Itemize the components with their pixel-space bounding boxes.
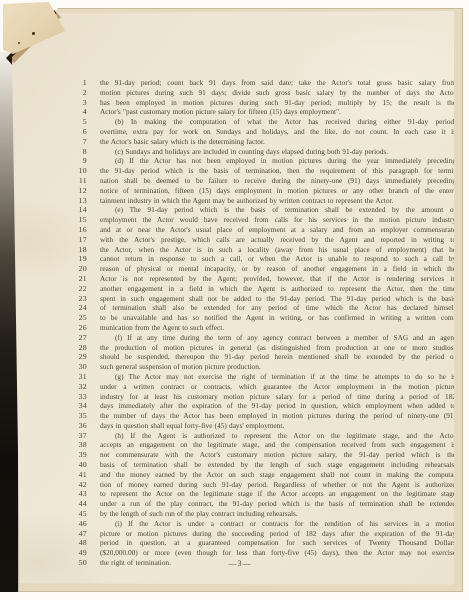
flap-spot: [18, 42, 20, 44]
line-text: (f) If at any time during the term of an…: [100, 333, 456, 343]
line-number: 6: [12, 127, 87, 137]
document-line: 40basis of termination shall be extended…: [12, 460, 464, 470]
line-number: 46: [12, 519, 87, 529]
line-text: by the length of such run of the play co…: [100, 509, 456, 519]
document-line: 7the Actor's basic salary which is the d…: [12, 137, 464, 147]
document-line: 19cannot return in response to such a ca…: [12, 254, 464, 264]
flap-spot: [32, 32, 35, 35]
line-number: 24: [12, 303, 87, 313]
line-text: employment the Actor would have received…: [100, 215, 456, 225]
line-number: 2: [12, 88, 87, 98]
document-line: 44under a run of the play contract, the …: [12, 499, 464, 509]
line-number: 26: [12, 323, 87, 333]
line-number: 19: [12, 254, 87, 264]
document-line: 33industry for at least his customary mo…: [12, 392, 464, 402]
line-text: (g) The Actor may not exercise the right…: [100, 372, 456, 382]
document-line: 20reason of physical or mental incapacit…: [12, 264, 464, 274]
document-line: 35the number of days the Actor has been …: [12, 411, 464, 421]
line-number: 49: [12, 548, 87, 558]
line-number: 4: [12, 107, 87, 117]
line-text: another engagement in a field in which t…: [100, 284, 456, 294]
document-line: 24of termination shall also be extended …: [12, 303, 464, 313]
line-number: 36: [12, 421, 87, 431]
line-number: 32: [12, 382, 87, 392]
line-text: (b) In making the computation of what th…: [100, 117, 456, 127]
document-line: 38accepts an engagement on the legitimat…: [12, 440, 464, 450]
document-line: 21Actor is not represented by the Agent;…: [12, 274, 464, 284]
line-text: of termination shall also be extended fo…: [100, 303, 456, 313]
line-text: basis of termination shall be extended b…: [100, 460, 456, 470]
document-line: 49($20,000.00) or more (even though for …: [12, 548, 464, 558]
document-line: 34days immediately after the expiration …: [12, 401, 464, 411]
document-line: 32under a written contract or contracts,…: [12, 382, 464, 392]
document-line: 36days in question shall equal forty-fiv…: [12, 421, 464, 431]
document-line: 6overtime, extra pay for work on Sundays…: [12, 127, 464, 137]
line-text: with the Actor's prestige, which calls a…: [100, 235, 456, 245]
document-line: 45by the length of such run of the play …: [12, 509, 464, 519]
document-line: 30such general suspension of motion pict…: [12, 362, 464, 372]
line-text: spent in such engagement shall not be ad…: [100, 294, 456, 304]
line-number: 37: [12, 431, 87, 441]
document-line: 42tion of money earned during such 91-da…: [12, 480, 464, 490]
line-text: and the money earned by the Actor on suc…: [100, 470, 456, 480]
line-number: 8: [12, 147, 87, 157]
line-text: should be suspended, thereupon the 91-da…: [100, 352, 456, 362]
line-number: 14: [12, 205, 87, 215]
line-number: 31: [12, 372, 87, 382]
line-text: picture or motion pictures during the su…: [100, 529, 456, 539]
line-text: tainment industry in which the Agent may…: [100, 196, 456, 206]
line-number: 16: [12, 225, 87, 235]
line-text: the production of motion pictures in gen…: [100, 343, 456, 353]
line-number: 33: [12, 392, 87, 402]
document-line: 3has been employed in motion pictures du…: [12, 98, 464, 108]
line-text: the 91-day period; count back 91 days fr…: [100, 78, 456, 88]
document-line: 26munication from the Agent to such effe…: [12, 323, 464, 333]
line-text: munication from the Agent to such effect…: [100, 323, 456, 333]
document-line: 39not commensurate with the Actor's cust…: [12, 450, 464, 460]
line-number: 18: [12, 245, 87, 255]
line-number: 17: [12, 235, 87, 245]
line-text: tion of money earned during such 91-day …: [100, 480, 456, 490]
line-text: (h) If the Agent is authorized to repres…: [100, 431, 456, 441]
line-number: 13: [12, 196, 87, 206]
document-line: 46(i) If the Actor is under a contract o…: [12, 519, 464, 529]
line-number: 15: [12, 215, 87, 225]
line-number: 7: [12, 137, 87, 147]
line-text: industry for at least his customary moti…: [100, 392, 456, 402]
document-line: 28the production of motion pictures in g…: [12, 343, 464, 353]
line-number: 47: [12, 529, 87, 539]
line-text: (e) The 91-day period which is the basis…: [100, 205, 456, 215]
line-text: ($20,000.00) or more (even though for le…: [100, 548, 456, 558]
line-text: has been employed in motion pictures dur…: [100, 98, 456, 108]
document-line: 2motion pictures during such 91 days; di…: [12, 88, 464, 98]
line-number: 22: [12, 284, 87, 294]
line-number: 11: [12, 176, 87, 186]
document-line: 23spent in such engagement shall not be …: [12, 294, 464, 304]
line-text: reason of physical or mental incapacity,…: [100, 264, 456, 274]
document-line: 15employment the Actor would have receiv…: [12, 215, 464, 225]
line-text: (i) If the Actor is under a contract or …: [100, 519, 456, 529]
line-text: cannot return in response to such a call…: [100, 254, 456, 264]
line-text: overtime, extra pay for work on Sundays …: [100, 127, 456, 137]
document-line: 17with the Actor's prestige, which calls…: [12, 235, 464, 245]
document-line: 27(f) If at any time during the term of …: [12, 333, 464, 343]
line-number: 48: [12, 538, 87, 548]
document-line: 18the Actor, when the Actor is in such a…: [12, 245, 464, 255]
line-number: 30: [12, 362, 87, 372]
line-text: motion pictures during such 91 days; div…: [100, 88, 456, 98]
line-text: under a written contract or contracts, w…: [100, 382, 456, 392]
line-number: 3: [12, 98, 87, 108]
line-text: notice of termination, fifteen (15) days…: [100, 186, 456, 196]
page-number: —3—: [36, 559, 444, 568]
line-number: 25: [12, 313, 87, 323]
document-line: 43to represent the Actor on the legitima…: [12, 489, 464, 499]
line-text: the number of days the Actor has been em…: [100, 411, 456, 421]
line-text: accepts an engagement on the legitimate …: [100, 440, 456, 450]
line-text: and at or near the Actor's usual place o…: [100, 225, 456, 235]
document-line: 9(d) If the Actor has not been employed …: [12, 156, 464, 166]
line-text: the Actor's basic salary which is the de…: [100, 137, 456, 147]
line-text: the 91-day period which is the basis of …: [100, 166, 456, 176]
document-line: 29should be suspended, thereupon the 91-…: [12, 352, 464, 362]
document-line: 31(g) The Actor may not exercise the rig…: [12, 372, 464, 382]
document-line: 47picture or motion pictures during the …: [12, 529, 464, 539]
line-text: days immediately after the expiration of…: [100, 401, 456, 411]
line-number: 28: [12, 343, 87, 353]
document-lines: 1the 91-day period; count back 91 days f…: [12, 78, 464, 568]
line-number: 12: [12, 186, 87, 196]
line-number: 27: [12, 333, 87, 343]
line-text: days in question shall equal forty-five …: [100, 421, 456, 431]
line-text: under a run of the play contract, the 91…: [100, 499, 456, 509]
document-page: 1the 91-day period; count back 91 days f…: [12, 11, 454, 585]
line-number: 29: [12, 352, 87, 362]
line-number: 44: [12, 499, 87, 509]
line-number: 21: [12, 274, 87, 284]
line-text: the Actor, when the Actor is in such a l…: [100, 245, 456, 255]
document-line: 4Actor's "past customary motion picture …: [12, 107, 464, 117]
document-line: 13tainment industry in which the Agent m…: [12, 196, 464, 206]
line-number: 10: [12, 166, 87, 176]
line-text: to be unavailable and has so notified th…: [100, 313, 456, 323]
document-line: 1the 91-day period; count back 91 days f…: [12, 78, 464, 88]
photo-background: 1the 91-day period; count back 91 days f…: [0, 0, 469, 600]
line-number: 9: [12, 156, 87, 166]
line-text: Actor is not represented by the Agent; p…: [100, 274, 456, 284]
line-number: 23: [12, 294, 87, 304]
line-number: 38: [12, 440, 87, 450]
document-line: 8(c) Sundays and holidays are included i…: [12, 147, 464, 157]
document-line: 37(h) If the Agent is authorized to repr…: [12, 431, 464, 441]
document-line: 14(e) The 91-day period which is the bas…: [12, 205, 464, 215]
line-text: (d) If the Actor has not been employed i…: [100, 156, 456, 166]
line-text: Actor's "past customary motion picture s…: [100, 107, 456, 117]
document-line: 22another engagement in a field in which…: [12, 284, 464, 294]
document-line: 10the 91-day period which is the basis o…: [12, 166, 464, 176]
document-line: 41and the money earned by the Actor on s…: [12, 470, 464, 480]
document-line: 12notice of termination, fifteen (15) da…: [12, 186, 464, 196]
line-number: 34: [12, 401, 87, 411]
document-line: 5(b) In making the computation of what t…: [12, 117, 464, 127]
line-number: 20: [12, 264, 87, 274]
line-text: not commensurate with the Actor's custom…: [100, 450, 456, 460]
line-number: 42: [12, 480, 87, 490]
line-text: (c) Sundays and holidays are included in…: [100, 147, 456, 157]
document-line: 25to be unavailable and has so notified …: [12, 313, 464, 323]
line-text: period in question, at a guaranteed comp…: [100, 538, 456, 548]
line-text: such general suspension of motion pictur…: [100, 362, 456, 372]
line-number: 45: [12, 509, 87, 519]
line-number: 40: [12, 460, 87, 470]
line-number: 35: [12, 411, 87, 421]
line-number: 1: [12, 78, 87, 88]
document-line: 16and at or near the Actor's usual place…: [12, 225, 464, 235]
line-number: 5: [12, 117, 87, 127]
line-text: nation shall be deemed to be failure to …: [100, 176, 456, 186]
line-text: to represent the Actor on the legitimate…: [100, 489, 456, 499]
line-number: 39: [12, 450, 87, 460]
line-number: 41: [12, 470, 87, 480]
document-line: 48period in question, at a guaranteed co…: [12, 538, 464, 548]
document-line: 11nation shall be deemed to be failure t…: [12, 176, 464, 186]
line-number: 43: [12, 489, 87, 499]
